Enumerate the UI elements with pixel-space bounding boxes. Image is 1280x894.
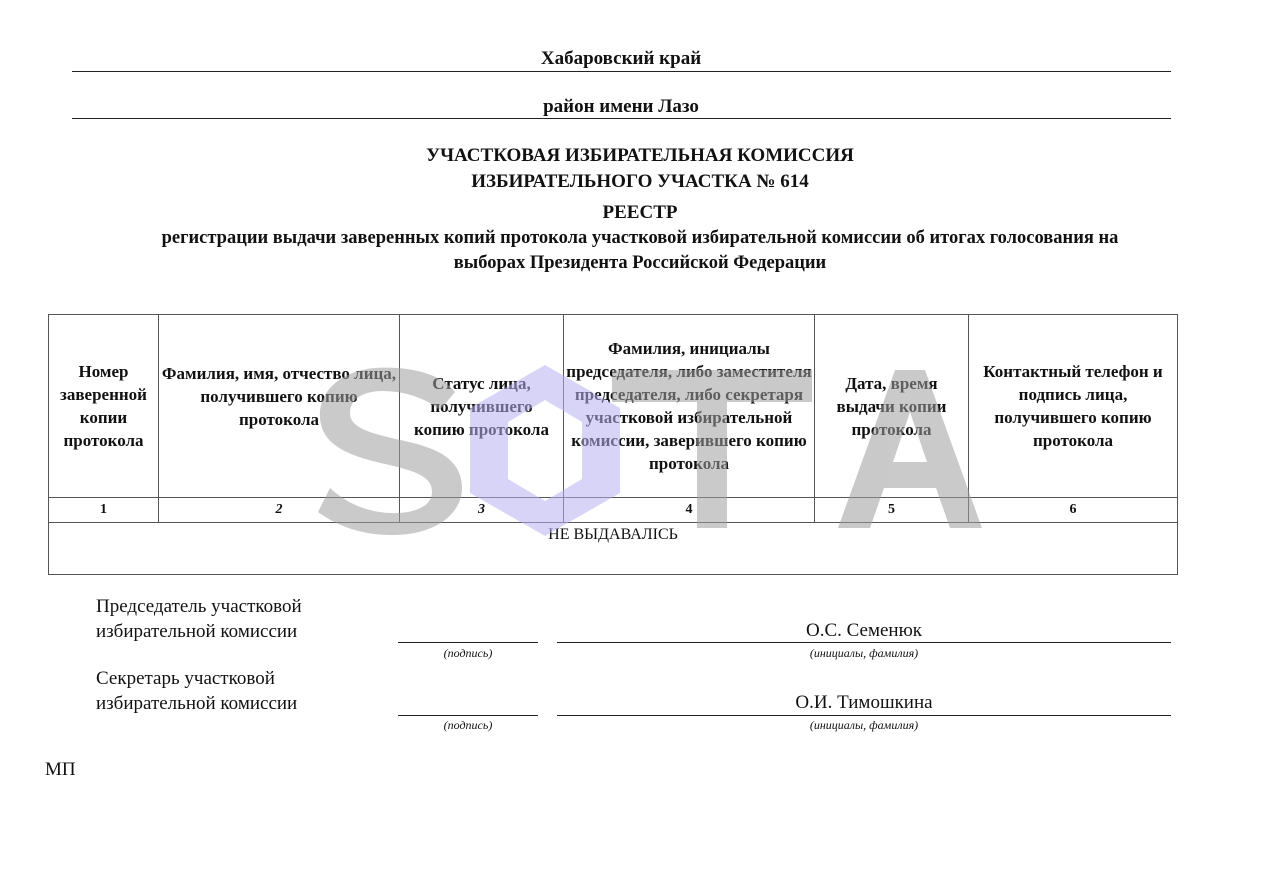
registry-subtitle-line1: регистрации выдачи заверенных копий прот… (0, 228, 1280, 249)
district-underline (72, 118, 1171, 119)
commission-title-line2: ИЗБИРАТЕЛЬНОГО УЧАСТКА № 614 (0, 171, 1280, 193)
column-number: 1 (49, 498, 159, 523)
registry-subtitle-line2: выборах Президента Российской Федерации (0, 253, 1280, 274)
registry-table: Номер заверенной копии протокола Фамилия… (48, 314, 1178, 575)
table-header-row: Номер заверенной копии протокола Фамилия… (49, 315, 1178, 498)
chairman-role-line2: избирательной комиссии (96, 620, 297, 644)
column-header-copy-number: Номер заверенной копии протокола (49, 315, 159, 498)
secretary-name-line (557, 715, 1171, 716)
column-header-certifier-name: Фамилия, инициалы председателя, либо зам… (564, 315, 815, 498)
column-number: 4 (564, 498, 815, 523)
secretary-name-caption: (инициалы, фамилия) (557, 718, 1171, 733)
district-name: район имени Лазо (72, 96, 1170, 118)
secretary-role-line1: Секретарь участковой (96, 667, 275, 691)
chairman-name-line (557, 642, 1171, 643)
chairman-role-line1: Председатель участковой (96, 595, 302, 619)
column-number: 2 (159, 498, 400, 523)
stamp-place-label: МП (45, 759, 76, 781)
secretary-signature-line (398, 715, 538, 716)
column-number: 5 (815, 498, 969, 523)
column-number: 6 (969, 498, 1178, 523)
column-number: 3 (400, 498, 564, 523)
region-name: Хабаровский край (72, 48, 1170, 70)
table-row: НЕ ВЫДАВАЛIСЬ (49, 523, 1178, 575)
column-header-recipient-status: Статус лица, получившего копию протокола (400, 315, 564, 498)
secretary-name: О.И. Тимошкина (557, 692, 1171, 714)
secretary-signature-caption: (подпись) (398, 718, 538, 733)
secretary-role-line2: избирательной комиссии (96, 692, 297, 716)
commission-title-line1: УЧАСТКОВАЯ ИЗБИРАТЕЛЬНАЯ КОМИССИЯ (0, 145, 1280, 167)
chairman-name: О.С. Семенюк (557, 620, 1171, 642)
empty-row-note: НЕ ВЫДАВАЛIСЬ (49, 523, 1178, 575)
registry-title: РЕЕСТР (0, 202, 1280, 224)
column-header-contact-signature: Контактный телефон и подпись лица, получ… (969, 315, 1178, 498)
column-header-recipient-name: Фамилия, имя, отчество лица, получившего… (159, 315, 400, 498)
chairman-signature-line (398, 642, 538, 643)
chairman-signature-caption: (подпись) (398, 646, 538, 661)
column-header-issue-datetime: Дата, время выдачи копии протокола (815, 315, 969, 498)
region-underline (72, 71, 1171, 72)
chairman-name-caption: (инициалы, фамилия) (557, 646, 1171, 661)
table-number-row: 1 2 3 4 5 6 (49, 498, 1178, 523)
